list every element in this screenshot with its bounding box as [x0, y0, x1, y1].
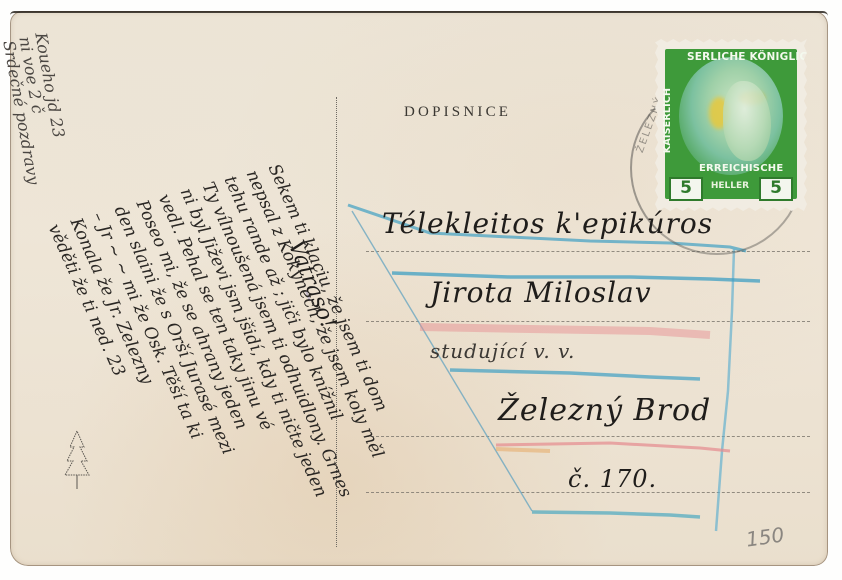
stamp-top-text: SERLICHE KÖNIGLICH [687, 51, 816, 63]
address-line-recipient: Télekleitos k'epikúros [382, 207, 713, 240]
postcard: DOPISNICE ŽELEZNÝ BROD [10, 11, 828, 566]
stamp-bottom-text: ERREICHISCHE [699, 163, 783, 174]
stamp-value-right: 5 [759, 177, 793, 201]
stamp-portrait-oval [679, 57, 783, 175]
emperor-portrait-icon [723, 81, 771, 161]
address-line-town: Železný Brod [498, 393, 711, 428]
stamp-currency: HELLER [703, 181, 757, 191]
address-line-title: studující v. v. [430, 339, 575, 363]
stamp-left-text: KAISERLICH [662, 88, 673, 153]
postage-stamp: SERLICHE KÖNIGLICH KAISERLICH ÖSTERREICH… [655, 39, 807, 211]
stamp-value-left: 5 [669, 177, 703, 201]
address-line-number: č. 170. [568, 465, 657, 493]
tree-sketch-icon [62, 429, 92, 493]
scan-background: DOPISNICE ŽELEZNÝ BROD [0, 0, 842, 580]
address-line-name: Jirota Miloslav [430, 276, 652, 309]
stamp-design: SERLICHE KÖNIGLICH KAISERLICH ÖSTERREICH… [665, 49, 797, 199]
